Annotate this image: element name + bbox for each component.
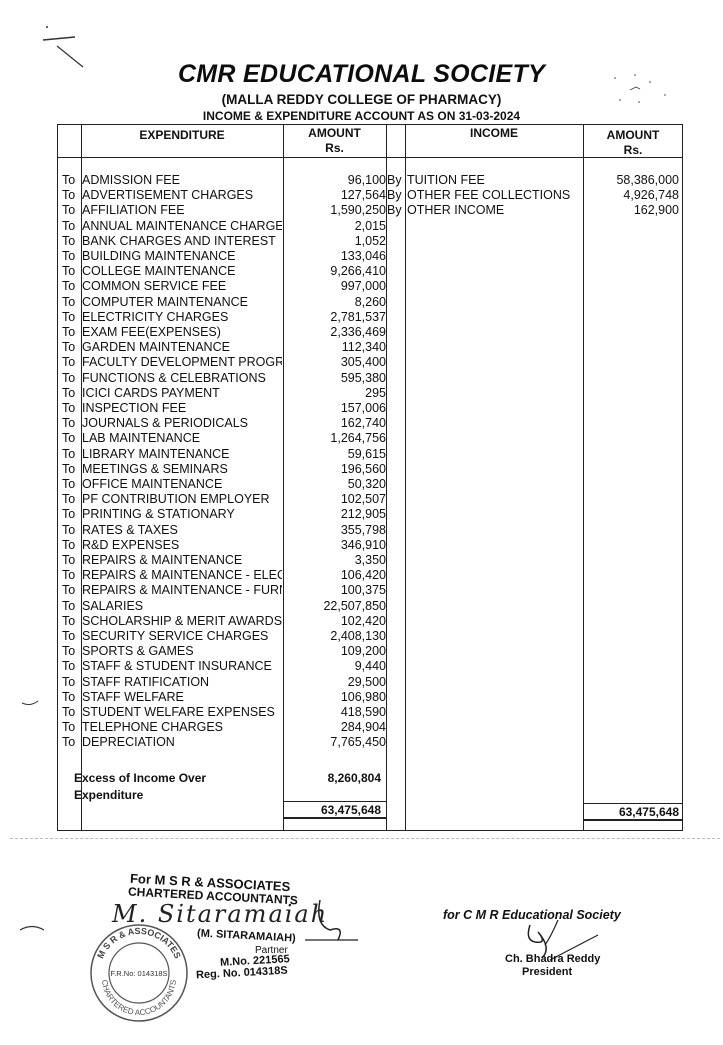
expenditure-item: RATES & TAXES	[82, 523, 282, 538]
expenditure-prefix: To	[62, 234, 80, 249]
expenditure-item: STAFF & STUDENT INSURANCE	[82, 659, 282, 674]
expenditure-row: ToSPORTS & GAMES109,200	[58, 644, 386, 659]
header-expenditure: EXPENDITURE	[81, 128, 283, 143]
expenditure-prefix: To	[62, 355, 80, 370]
expenditure-row: ToMEETINGS & SEMINARS196,560	[58, 462, 386, 477]
margin-mark	[20, 695, 40, 710]
expenditure-item: REPAIRS & MAINTENANCE	[82, 553, 282, 568]
expenditure-item: BUILDING MAINTENANCE	[82, 249, 282, 264]
expenditure-prefix: To	[62, 568, 80, 583]
expenditure-row: ToBUILDING MAINTENANCE133,046	[58, 249, 386, 264]
expenditure-row: ToANNUAL MAINTENANCE CHARGES2,015	[58, 219, 386, 234]
col-divider	[405, 125, 406, 830]
expenditure-amount: 50,320	[291, 477, 386, 492]
total-income: 63,475,648	[583, 805, 679, 819]
expenditure-item: OFFICE MAINTENANCE	[82, 477, 282, 492]
header-amount-left-label: AMOUNT	[283, 126, 386, 141]
expenditure-item: REPAIRS & MAINTENANCE - ELEC	[82, 568, 282, 583]
income-amount: 58,386,000	[584, 173, 679, 188]
expenditure-amount: 1,590,250	[291, 203, 386, 218]
expenditure-prefix: To	[62, 690, 80, 705]
expenditure-amount: 997,000	[291, 279, 386, 294]
total-line-top-right	[583, 803, 683, 804]
expenditure-item: ANNUAL MAINTENANCE CHARGES	[82, 219, 282, 234]
total-line-top-left	[283, 801, 386, 802]
expenditure-item: COMMON SERVICE FEE	[82, 279, 282, 294]
expenditure-prefix: To	[62, 538, 80, 553]
expenditure-row: ToSTAFF WELFARE106,980	[58, 690, 386, 705]
expenditure-prefix: To	[62, 492, 80, 507]
president-name: Ch. Bhadra Reddy	[505, 953, 600, 965]
expenditure-amount: 355,798	[291, 523, 386, 538]
income-item: OTHER FEE COLLECTIONS	[407, 188, 587, 203]
expenditure-row: ToFUNCTIONS & CELEBRATIONS595,380	[58, 371, 386, 386]
expenditure-row: ToLAB MAINTENANCE1,264,756	[58, 431, 386, 446]
expenditure-prefix: To	[62, 188, 80, 203]
expenditure-row: ToTELEPHONE CHARGES284,904	[58, 720, 386, 735]
expenditure-amount: 595,380	[291, 371, 386, 386]
income-item: TUITION FEE	[407, 173, 587, 188]
expenditure-row: ToFACULTY DEVELOPMENT PROGRA305,400	[58, 355, 386, 370]
expenditure-amount: 106,420	[291, 568, 386, 583]
expenditure-prefix: To	[62, 507, 80, 522]
expenditure-row: ToPF CONTRIBUTION EMPLOYER102,507	[58, 492, 386, 507]
expenditure-item: STAFF RATIFICATION	[82, 675, 282, 690]
expenditure-row: ToGARDEN MAINTENANCE112,340	[58, 340, 386, 355]
expenditure-amount: 418,590	[291, 705, 386, 720]
expenditure-prefix: To	[62, 295, 80, 310]
expenditure-item: GARDEN MAINTENANCE	[82, 340, 282, 355]
expenditure-prefix: To	[62, 553, 80, 568]
expenditure-amount: 284,904	[291, 720, 386, 735]
expenditure-row: ToCOLLEGE MAINTENANCE9,266,410	[58, 264, 386, 279]
expenditure-item: COLLEGE MAINTENANCE	[82, 264, 282, 279]
header-amount-left-unit: Rs.	[283, 141, 386, 156]
total-expenditure: 63,475,648	[283, 803, 381, 817]
expenditure-row: ToSCHOLARSHIP & MERIT AWARDS102,420	[58, 614, 386, 629]
expenditure-prefix: To	[62, 416, 80, 431]
expenditure-amount: 102,507	[291, 492, 386, 507]
expenditure-prefix: To	[62, 477, 80, 492]
excess-amount: 8,260,804	[283, 771, 381, 785]
col-divider	[386, 125, 387, 830]
auditor-stamp: M S R & ASSOCIATES CHARTERED ACCOUNTANTS…	[88, 922, 190, 1024]
expenditure-prefix: To	[62, 629, 80, 644]
income-row: ByOTHER FEE COLLECTIONS4,926,748	[386, 188, 679, 203]
expenditure-item: ELECTRICITY CHARGES	[82, 310, 282, 325]
expenditure-item: MEETINGS & SEMINARS	[82, 462, 282, 477]
expenditure-prefix: To	[62, 203, 80, 218]
expenditure-prefix: To	[62, 386, 80, 401]
margin-mark	[18, 918, 48, 938]
income-expenditure-table: EXPENDITURE AMOUNT Rs. INCOME AMOUNT Rs.…	[57, 124, 683, 831]
expenditure-prefix: To	[62, 325, 80, 340]
excess-label-line2: Expenditure	[74, 787, 206, 804]
expenditure-amount: 196,560	[291, 462, 386, 477]
expenditure-prefix: To	[62, 583, 80, 598]
expenditure-item: R&D EXPENSES	[82, 538, 282, 553]
expenditure-prefix: To	[62, 401, 80, 416]
scribble-mark	[605, 70, 685, 120]
expenditure-row: ToBANK CHARGES AND INTEREST1,052	[58, 234, 386, 249]
expenditure-row: ToSECURITY SERVICE CHARGES2,408,130	[58, 629, 386, 644]
expenditure-amount: 106,980	[291, 690, 386, 705]
expenditure-prefix: To	[62, 371, 80, 386]
expenditure-item: STAFF WELFARE	[82, 690, 282, 705]
expenditure-row: ToREPAIRS & MAINTENANCE3,350	[58, 553, 386, 568]
signature-flourish	[300, 895, 360, 945]
expenditure-row: ToSTAFF RATIFICATION29,500	[58, 675, 386, 690]
expenditure-amount: 346,910	[291, 538, 386, 553]
header-income: INCOME	[405, 126, 583, 141]
expenditure-prefix: To	[62, 340, 80, 355]
expenditure-row: ToSTUDENT WELFARE EXPENSES418,590	[58, 705, 386, 720]
expenditure-prefix: To	[62, 614, 80, 629]
expenditure-prefix: To	[62, 675, 80, 690]
expenditure-item: AFFILIATION FEE	[82, 203, 282, 218]
income-prefix: By	[387, 173, 405, 188]
expenditure-item: INSPECTION FEE	[82, 401, 282, 416]
expenditure-item: DEPRECIATION	[82, 735, 282, 750]
expenditure-amount: 133,046	[291, 249, 386, 264]
expenditure-item: SALARIES	[82, 599, 282, 614]
income-amount: 4,926,748	[584, 188, 679, 203]
expenditure-amount: 212,905	[291, 507, 386, 522]
expenditure-amount: 9,440	[291, 659, 386, 674]
expenditure-prefix: To	[62, 431, 80, 446]
expenditure-prefix: To	[62, 310, 80, 325]
expenditure-amount: 1,264,756	[291, 431, 386, 446]
expenditure-amount: 157,006	[291, 401, 386, 416]
expenditure-row: ToPRINTING & STATIONARY212,905	[58, 507, 386, 522]
expenditure-prefix: To	[62, 523, 80, 538]
expenditure-prefix: To	[62, 599, 80, 614]
expenditure-item: SECURITY SERVICE CHARGES	[82, 629, 282, 644]
expenditure-item: LIBRARY MAINTENANCE	[82, 447, 282, 462]
expenditure-prefix: To	[62, 173, 80, 188]
expenditure-amount: 2,408,130	[291, 629, 386, 644]
expenditure-row: ToLIBRARY MAINTENANCE59,615	[58, 447, 386, 462]
expenditure-row: ToRATES & TAXES355,798	[58, 523, 386, 538]
expenditure-item: JOURNALS & PERIODICALS	[82, 416, 282, 431]
expenditure-item: LAB MAINTENANCE	[82, 431, 282, 446]
expenditure-item: ADMISSION FEE	[82, 173, 282, 188]
expenditure-amount: 100,375	[291, 583, 386, 598]
expenditure-amount: 102,420	[291, 614, 386, 629]
expenditure-prefix: To	[62, 644, 80, 659]
expenditure-amount: 22,507,850	[291, 599, 386, 614]
expenditure-row: ToSTAFF & STUDENT INSURANCE9,440	[58, 659, 386, 674]
header-amount-right-unit: Rs.	[583, 143, 683, 158]
col-divider	[583, 125, 584, 830]
expenditure-amount: 7,765,450	[291, 735, 386, 750]
expenditure-amount: 29,500	[291, 675, 386, 690]
excess-label-line1: Excess of Income Over	[74, 770, 206, 787]
expenditure-amount: 127,564	[291, 188, 386, 203]
expenditure-prefix: To	[62, 264, 80, 279]
expenditure-item: ADVERTISEMENT CHARGES	[82, 188, 282, 203]
president-role: President	[522, 966, 572, 978]
header-amount-right: AMOUNT Rs.	[583, 128, 683, 158]
expenditure-prefix: To	[62, 249, 80, 264]
expenditure-row: ToELECTRICITY CHARGES2,781,537	[58, 310, 386, 325]
expenditure-row: ToJOURNALS & PERIODICALS162,740	[58, 416, 386, 431]
expenditure-row: ToSALARIES22,507,850	[58, 599, 386, 614]
header-amount-right-label: AMOUNT	[583, 128, 683, 143]
expenditure-prefix: To	[62, 462, 80, 477]
expenditure-prefix: To	[62, 720, 80, 735]
expenditure-prefix: To	[62, 705, 80, 720]
expenditure-row: ToCOMMON SERVICE FEE997,000	[58, 279, 386, 294]
expenditure-item: REPAIRS & MAINTENANCE - FURN	[82, 583, 282, 598]
expenditure-amount: 112,340	[291, 340, 386, 355]
expenditure-row: ToADVERTISEMENT CHARGES127,564	[58, 188, 386, 203]
expenditure-amount: 3,350	[291, 553, 386, 568]
expenditure-item: ICICI CARDS PAYMENT	[82, 386, 282, 401]
expenditure-item: TELEPHONE CHARGES	[82, 720, 282, 735]
page-rule	[10, 838, 720, 839]
expenditure-amount: 1,052	[291, 234, 386, 249]
expenditure-item: SCHOLARSHIP & MERIT AWARDS	[82, 614, 282, 629]
expenditure-row: ToADMISSION FEE96,100	[58, 173, 386, 188]
expenditure-item: EXAM FEE(EXPENSES)	[82, 325, 282, 340]
expenditure-amount: 109,200	[291, 644, 386, 659]
expenditure-row: To DEPRECIATION7,765,450	[58, 735, 386, 750]
expenditure-item: BANK CHARGES AND INTEREST	[82, 234, 282, 249]
income-item: OTHER INCOME	[407, 203, 587, 218]
income-amount: 162,900	[584, 203, 679, 218]
expenditure-amount: 59,615	[291, 447, 386, 462]
header-amount-left: AMOUNT Rs.	[283, 126, 386, 156]
expenditure-item: PRINTING & STATIONARY	[82, 507, 282, 522]
expenditure-amount: 162,740	[291, 416, 386, 431]
total-line-bottom-left	[283, 817, 386, 819]
expenditure-item: FUNCTIONS & CELEBRATIONS	[82, 371, 282, 386]
expenditure-row: ToEXAM FEE(EXPENSES)2,336,469	[58, 325, 386, 340]
income-row: ByOTHER INCOME162,900	[386, 203, 679, 218]
expenditure-prefix: To	[62, 279, 80, 294]
expenditure-row: ToOFFICE MAINTENANCE50,320	[58, 477, 386, 492]
expenditure-item: FACULTY DEVELOPMENT PROGRA	[82, 355, 282, 370]
excess-label: Excess of Income Over Expenditure	[74, 770, 206, 804]
expenditure-row: ToR&D EXPENSES346,910	[58, 538, 386, 553]
expenditure-amount: 96,100	[291, 173, 386, 188]
expenditure-item: STUDENT WELFARE EXPENSES	[82, 705, 282, 720]
income-prefix: By	[387, 203, 405, 218]
expenditure-amount: 8,260	[291, 295, 386, 310]
expenditure-row: ToICICI CARDS PAYMENT295	[58, 386, 386, 401]
expenditure-amount: 2,015	[291, 219, 386, 234]
auditor-name: (M. SITARAMAIAH)	[197, 927, 296, 944]
income-prefix: By	[387, 188, 405, 203]
expenditure-item: SPORTS & GAMES	[82, 644, 282, 659]
expenditure-row: ToREPAIRS & MAINTENANCE - ELEC106,420	[58, 568, 386, 583]
expenditure-amount: 2,781,537	[291, 310, 386, 325]
expenditure-item: COMPUTER MAINTENANCE	[82, 295, 282, 310]
expenditure-amount: 2,336,469	[291, 325, 386, 340]
expenditure-amount: 9,266,410	[291, 264, 386, 279]
income-row: ByTUITION FEE58,386,000	[386, 173, 679, 188]
expenditure-amount: 305,400	[291, 355, 386, 370]
expenditure-prefix: To	[62, 735, 80, 750]
expenditure-row: ToREPAIRS & MAINTENANCE - FURN100,375	[58, 583, 386, 598]
expenditure-item: PF CONTRIBUTION EMPLOYER	[82, 492, 282, 507]
expenditure-prefix: To	[62, 219, 80, 234]
expenditure-prefix: To	[62, 447, 80, 462]
expenditure-row: ToINSPECTION FEE157,006	[58, 401, 386, 416]
expenditure-row: ToCOMPUTER MAINTENANCE8,260	[58, 295, 386, 310]
expenditure-row: ToAFFILIATION FEE1,590,250	[58, 203, 386, 218]
stamp-center-text: F.R.No: 014318S	[110, 969, 167, 978]
auditor-registration: Reg. No. 014318S	[196, 965, 288, 982]
total-line-bottom-right	[583, 819, 683, 821]
expenditure-amount: 295	[291, 386, 386, 401]
expenditure-prefix: To	[62, 659, 80, 674]
